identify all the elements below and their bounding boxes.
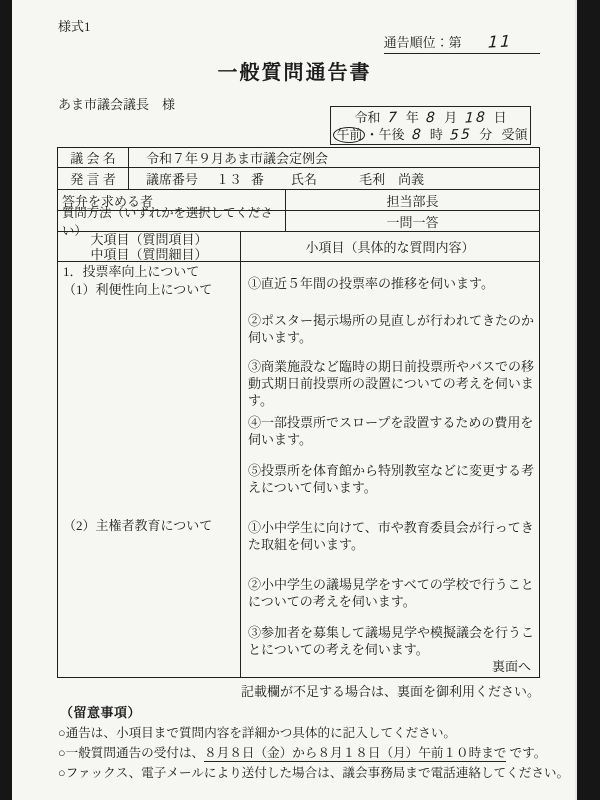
seat-number-unit: 番 xyxy=(251,169,264,188)
remark-2-suffix: です。 xyxy=(506,746,546,760)
month-unit: 月 xyxy=(444,110,457,125)
remark-item-3: ○ファックス、電子メールにより送付した場合は、議会事務局まで電話連絡してください… xyxy=(58,762,569,781)
question-1-5: ⑤投票所を体育館から特別教室などに変更する考えについて伺います。 xyxy=(248,462,534,496)
receipt-time-line: 午前・午後 8 時 55 分 受領 xyxy=(333,126,527,143)
day-unit: 日 xyxy=(494,110,507,125)
am-circled-label: 午前 xyxy=(333,127,365,143)
sub-question-item-1: （1）利便性向上について xyxy=(63,282,212,298)
question-2-3: ③参加者を募集して議場見学や模擬議会を行うことについての考えを伺います。 xyxy=(248,624,534,658)
minute-unit: 分 xyxy=(479,127,492,142)
hour-handwritten: 8 xyxy=(411,127,423,142)
notice-rank-handwritten-value: 11 xyxy=(487,33,512,50)
question-column-headers-row: 大項目（質問項目） 中項目（質問細目） 小項目（具体的な質問内容） xyxy=(58,232,539,262)
era-label: 令和 xyxy=(354,110,380,125)
question-2-1: ①小中学生に向けて、市や教育委員会が行ってきた取組を伺います。 xyxy=(248,519,534,553)
notification-table: 議 会 名 令和７年９月あま市議会定例会 発 言 者 議席番号 １３ 番 氏名 … xyxy=(57,147,540,678)
question-details-column: ①直近５年間の投票率の推移を伺います。 ②ポスター掲示場所の見直しが行われてきた… xyxy=(241,262,539,677)
year-handwritten: 7 xyxy=(387,110,399,125)
minute-handwritten: 55 xyxy=(450,127,473,142)
continue-on-back-note: 裏面へ xyxy=(492,656,531,675)
major-mid-item-header: 大項目（質問項目） 中項目（質問細目） xyxy=(58,232,241,261)
question-1-3: ③商業施設など臨時の期日前投票所やバスでの移動式期日前投票所の設置についての考え… xyxy=(248,358,534,409)
remark-item-1: ○通告は、小項目まで質問内容を詳細かつ具体的に記入してください。 xyxy=(58,722,456,741)
form-page: 様式1 通告順位：第11 一般質問通告書 あま市議会議長 様 令和 7 年 8 … xyxy=(12,0,577,800)
remarks-header: （留意事項） xyxy=(60,702,141,721)
speaker-name-value: 毛利 尚義 xyxy=(359,169,424,188)
month-handwritten: 8 xyxy=(426,110,438,125)
speaker-value: 議席番号 １３ 番 氏名 毛利 尚義 xyxy=(129,168,539,189)
council-name-label: 議 会 名 xyxy=(58,148,129,167)
document-title: 一般質問通告書 xyxy=(12,56,577,85)
speaker-row: 発 言 者 議席番号 １３ 番 氏名 毛利 尚義 xyxy=(58,168,539,190)
overflow-instruction: 記載欄が不足する場合は、裏面を御利用ください。 xyxy=(241,681,540,700)
question-items-column: 1．投票率向上について （1）利便性向上について （2）主権者教育について xyxy=(58,262,241,677)
scan-left-black-bar xyxy=(0,0,12,800)
question-2-2: ②小中学生の議場見学をすべての学校で行うことについての考えを伺います。 xyxy=(248,576,534,610)
speaker-name-label: 氏名 xyxy=(291,169,317,188)
day-handwritten: 18 xyxy=(464,110,487,125)
pm-label: 午後 xyxy=(378,127,404,142)
council-name-row: 議 会 名 令和７年９月あま市議会定例会 xyxy=(58,148,539,168)
council-name-value: 令和７年９月あま市議会定例会 xyxy=(129,148,539,167)
major-item-header-line: 大項目（質問項目） xyxy=(90,232,207,247)
notice-rank-label: 通告順位：第 xyxy=(384,35,462,50)
question-1-2: ②ポスター掲示場所の見直しが行われてきたのか伺います。 xyxy=(248,312,534,346)
addressee-line: あま市議会議長 様 xyxy=(58,94,175,113)
am-pm-separator: ・ xyxy=(365,127,378,142)
seat-number-label: 議席番号 xyxy=(146,169,198,188)
sub-question-item-2: （2）主権者教育について xyxy=(63,518,212,534)
form-number-label: 様式1 xyxy=(58,16,91,35)
year-unit: 年 xyxy=(406,110,419,125)
hour-unit: 時 xyxy=(430,127,443,142)
answerer-value: 担当部長 xyxy=(286,190,539,210)
remark-2-prefix: ○一般質問通告の受付は、 xyxy=(58,746,204,760)
scanned-document: 様式1 通告順位：第11 一般質問通告書 あま市議会議長 様 令和 7 年 8 … xyxy=(0,0,600,800)
major-question-item: 1．投票率向上について xyxy=(63,264,199,280)
question-method-row: 質問方法（いずれかを選択してください） 一問一答 xyxy=(58,211,539,232)
question-body-row: 1．投票率向上について （1）利便性向上について （2）主権者教育について ①直… xyxy=(58,262,539,677)
receipt-date-line: 令和 7 年 8 月 18 日 xyxy=(354,109,506,126)
notice-rank-field: 通告順位：第11 xyxy=(384,32,540,54)
question-1-1: ①直近５年間の投票率の推移を伺います。 xyxy=(248,275,534,292)
remark-2-deadline-underlined: ８月８日（金）から８月１８日（月）午前１０時まで xyxy=(204,746,506,762)
speaker-label: 発 言 者 xyxy=(58,168,129,189)
received-label: 受領 xyxy=(502,127,528,142)
question-method-value: 一問一答 xyxy=(286,211,539,231)
seat-number-value: １３ xyxy=(216,169,242,188)
question-method-label: 質問方法（いずれかを選択してください） xyxy=(58,211,286,231)
mid-item-header-line: 中項目（質問細目） xyxy=(90,247,207,262)
receipt-stamp-box: 令和 7 年 8 月 18 日 午前・午後 8 時 55 分 受領 xyxy=(330,106,531,145)
small-item-header: 小項目（具体的な質問内容） xyxy=(241,232,539,261)
question-1-4: ④一部投票所でスロープを設置するための費用を伺います。 xyxy=(248,414,534,448)
scan-right-black-bar xyxy=(575,0,600,800)
remark-item-2: ○一般質問通告の受付は、８月８日（金）から８月１８日（月）午前１０時まで です。 xyxy=(58,742,546,761)
